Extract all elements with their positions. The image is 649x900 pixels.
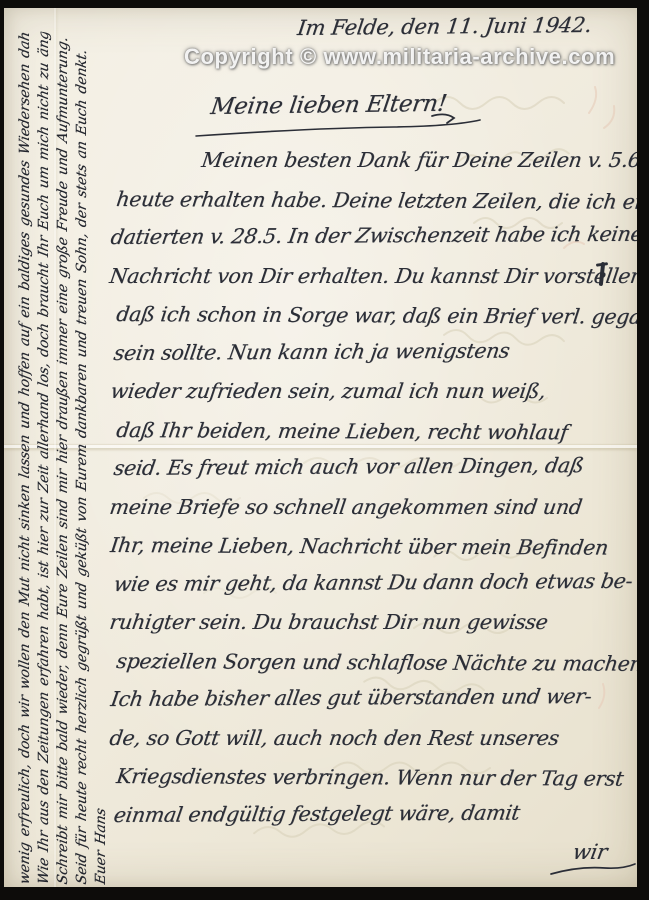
marginalia-line: Schreibt mir bitte bald wieder, denn Eur… bbox=[54, 31, 73, 886]
letter-line: daß ich schon in Sorge war, daß ein Brie… bbox=[114, 295, 637, 336]
letter-salutation: Meine lieben Eltern! bbox=[209, 91, 448, 120]
letter-dateline: Im Felde, den 11. Juni 1942. bbox=[296, 13, 593, 40]
letter-line: de, so Gott will, auch noch den Rest uns… bbox=[107, 719, 637, 758]
letter-line: datierten v. 28.5. In der Zwischenzeit h… bbox=[108, 215, 637, 257]
letter-line: Nachricht von Dir erhalten. Du kannst Di… bbox=[107, 257, 637, 296]
marginalia-line: wenig erfreulich, doch wir wollen den Mu… bbox=[16, 31, 35, 886]
letter-line: sein sollte. Nun kann ich ja wenigstens bbox=[111, 330, 637, 372]
letter-line: wie es mir geht, da kannst Du dann doch … bbox=[111, 561, 637, 603]
letter-line: einmal endgültig festgelegt wäre, damit bbox=[111, 792, 637, 834]
letter-body: Meinen besten Dank für Deine Zeilen v. 5… bbox=[107, 141, 634, 841]
letter-line: wieder zufrieden sein, zumal ich nun wei… bbox=[108, 372, 637, 411]
letter-line: ruhigter sein. Du brauchst Dir nun gewis… bbox=[107, 603, 637, 642]
catchword: wir bbox=[571, 840, 609, 864]
letter-paper: Im Felde, den 11. Juni 1942. Meine liebe… bbox=[4, 8, 637, 887]
letter-line: Kriegsdienstes verbringen. Wenn nur der … bbox=[114, 757, 637, 798]
letter-line: Meinen besten Dank für Deine Zeilen v. 5… bbox=[107, 141, 637, 180]
margin-cross-writing: wenig erfreulich, doch wir wollen den Mu… bbox=[16, 34, 111, 886]
letter-line: Ihr, meine Lieben, Nachricht über mein B… bbox=[108, 526, 637, 567]
marginalia-line: Euer Hans bbox=[92, 31, 111, 886]
copyright-watermark: Copyright © www.militaria-archive.com bbox=[184, 44, 637, 70]
letter-line: meine Briefe so schnell angekommen sind … bbox=[107, 488, 637, 527]
marginalia-line: Wie Ihr aus den Zeitungen erfahren habt,… bbox=[35, 31, 54, 886]
letter-line: seid. Es freut mich auch vor allen Dinge… bbox=[111, 446, 637, 488]
marginalia-line: Seid für heute recht herzlich gegrüßt un… bbox=[73, 31, 92, 886]
letter-line: Ich habe bisher alles gut überstanden un… bbox=[108, 677, 637, 719]
